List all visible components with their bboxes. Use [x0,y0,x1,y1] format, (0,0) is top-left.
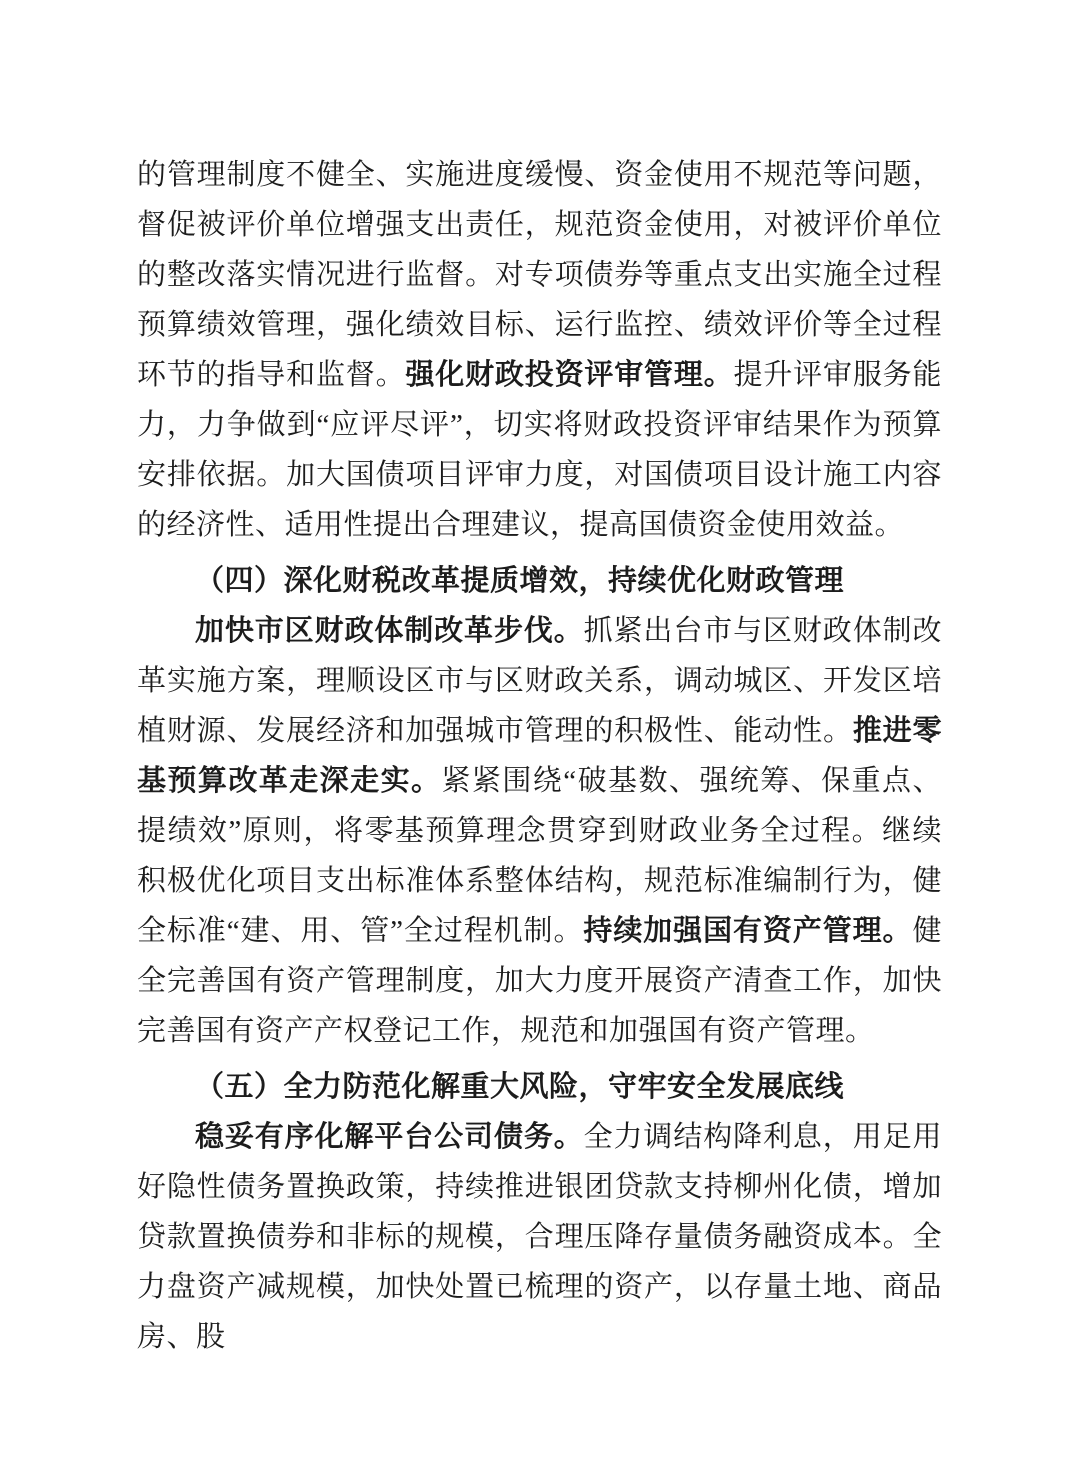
body-paragraph-3: 稳妥有序化解平台公司债务。全力调结构降利息，用足用好隐性债务置换政策，持续推进银… [137,1112,942,1362]
heading-text: （四）深化财税改革提质增效，持续优化财政管理 [195,565,844,597]
section-heading-5: （五）全力防范化解重大风险，守牢安全发展底线 [137,1062,942,1112]
body-paragraph-1: 的管理制度不健全、实施进度缓慢、资金使用不规范等问题，督促被评价单位增强支出责任… [137,150,942,550]
text-run-bold: 持续加强国有资产管理。 [583,915,912,947]
text-run-bold: 加快市区财政体制改革步伐。 [195,615,584,647]
text-run: 全力调结构降利息，用足用好隐性债务置换政策，持续推进银团贷款支持柳州化债，增加贷… [137,1121,942,1353]
document-page: 的管理制度不健全、实施进度缓慢、资金使用不规范等问题，督促被评价单位增强支出责任… [0,0,1074,1484]
heading-text: （五）全力防范化解重大风险，守牢安全发展底线 [195,1071,844,1103]
text-run: 的管理制度不健全、实施进度缓慢、资金使用不规范等问题，督促被评价单位增强支出责任… [137,159,942,391]
section-heading-4: （四）深化财税改革提质增效，持续优化财政管理 [137,556,942,606]
text-run-bold: 稳妥有序化解平台公司债务。 [195,1121,584,1153]
text-run-bold: 强化财政投资评审管理。 [405,359,733,391]
body-paragraph-2: 加快市区财政体制改革步伐。抓紧出台市与区财政体制改革实施方案，理顺设区市与区财政… [137,606,942,1056]
